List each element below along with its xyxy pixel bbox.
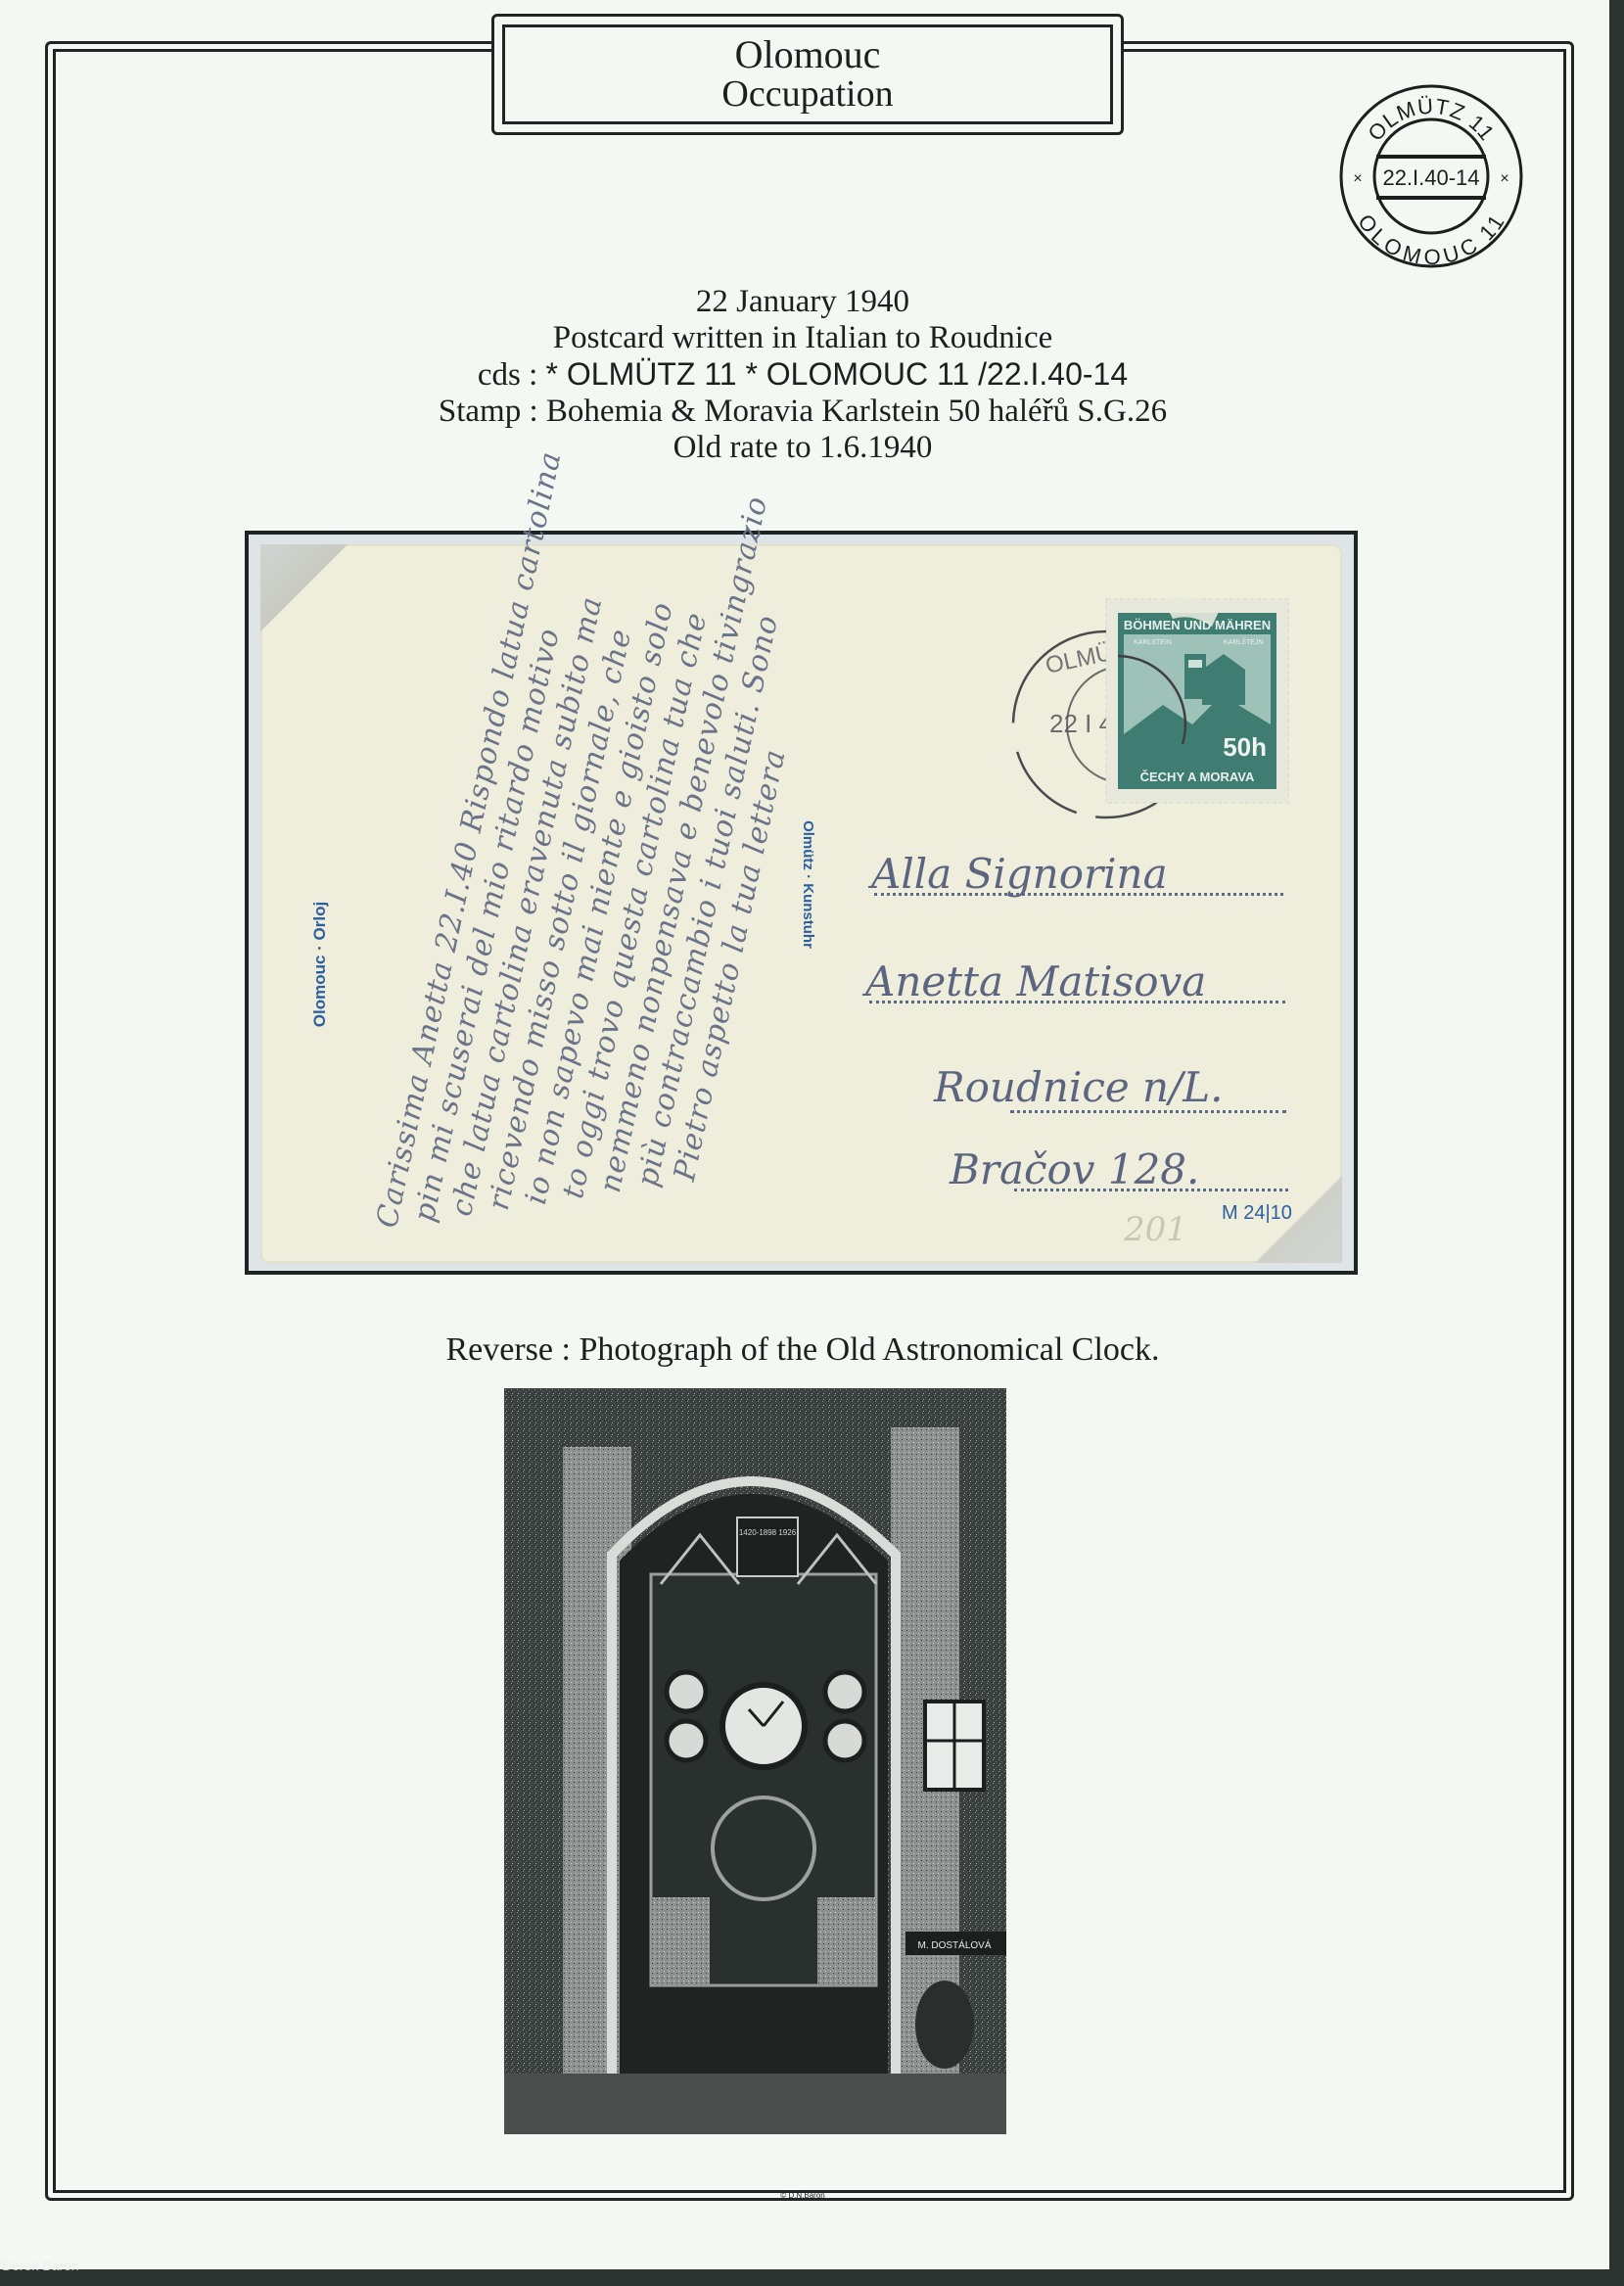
copyright-note: © D.N.Baron [685, 2191, 920, 2200]
reverse-caption: Reverse : Photograph of the Old Astronom… [294, 1331, 1312, 1369]
printed-caption-left: Olomouc · Orloj [310, 902, 330, 1027]
pencil-note: 201 [1124, 1210, 1187, 1249]
printed-caption-right: Olmütz · Kunstuhr [800, 820, 816, 949]
svg-text:BÖHMEN UND MÄHREN: BÖHMEN UND MÄHREN [1124, 618, 1271, 632]
address-dotted-line [874, 893, 1283, 896]
watermark: Derek Baron [2, 2258, 79, 2273]
address-line-2: Anetta Matisova [865, 957, 1206, 1005]
address-dotted-line [869, 1001, 1285, 1003]
astronomical-clock-photo: 1420-1898 1926 M. DOSTÁLOVÁ [504, 1388, 1006, 2134]
svg-text:22.I.40-14: 22.I.40-14 [1382, 165, 1479, 190]
svg-text:×: × [1500, 170, 1508, 187]
album-page: Olomouc Occupation OLMÜTZ 11 OLOMOUC 11 … [0, 0, 1609, 2269]
description-date: 22 January 1940 [294, 284, 1312, 320]
svg-text:M. DOSTÁLOVÁ: M. DOSTÁLOVÁ [917, 1938, 991, 1951]
title-box: Olomouc Occupation [491, 14, 1124, 135]
printed-code: M 24|10 [1222, 1202, 1292, 1225]
description-line: Postcard written in Italian to Roudnice [294, 320, 1312, 356]
svg-text:KARLŠTEJN: KARLŠTEJN [1224, 637, 1263, 646]
page-subtitle: Occupation [721, 74, 893, 114]
svg-text:50h: 50h [1223, 732, 1267, 762]
address-line-1: Alla Signorina [871, 850, 1168, 898]
description-rate: Old rate to 1.6.1940 [294, 430, 1312, 466]
svg-text:1420-1898 1926: 1420-1898 1926 [739, 1528, 797, 1537]
svg-text:×: × [1353, 170, 1362, 187]
postmark-illustration-icon: OLMÜTZ 11 OLOMOUC 11 22.I.40-14 × × [1333, 78, 1529, 274]
item-description: 22 January 1940 Postcard written in Ital… [294, 284, 1312, 466]
address-line-3: Roudnice n/L. [934, 1063, 1224, 1111]
description-cds: cds : * OLMÜTZ 11 * OLOMOUC 11 /22.I.40-… [294, 356, 1312, 394]
address-dotted-line [1014, 1189, 1288, 1191]
svg-text:OLOMOUC 11: OLOMOUC 11 [1353, 210, 1509, 269]
address-dotted-line [1010, 1110, 1286, 1113]
photo-corner-mount [260, 544, 348, 632]
description-stamp: Stamp : Bohemia & Moravia Karlstein 50 h… [294, 394, 1312, 430]
postage-stamp: BÖHMEN UND MÄHREN KARLSTEIN KARLŠTEJN 50… [1104, 597, 1290, 805]
address-line-4: Bračov 128. [950, 1145, 1199, 1193]
page-title: Olomouc [735, 35, 881, 74]
svg-text:KARLSTEIN: KARLSTEIN [1134, 639, 1172, 646]
svg-text:ČECHY A MORAVA: ČECHY A MORAVA [1140, 770, 1255, 784]
